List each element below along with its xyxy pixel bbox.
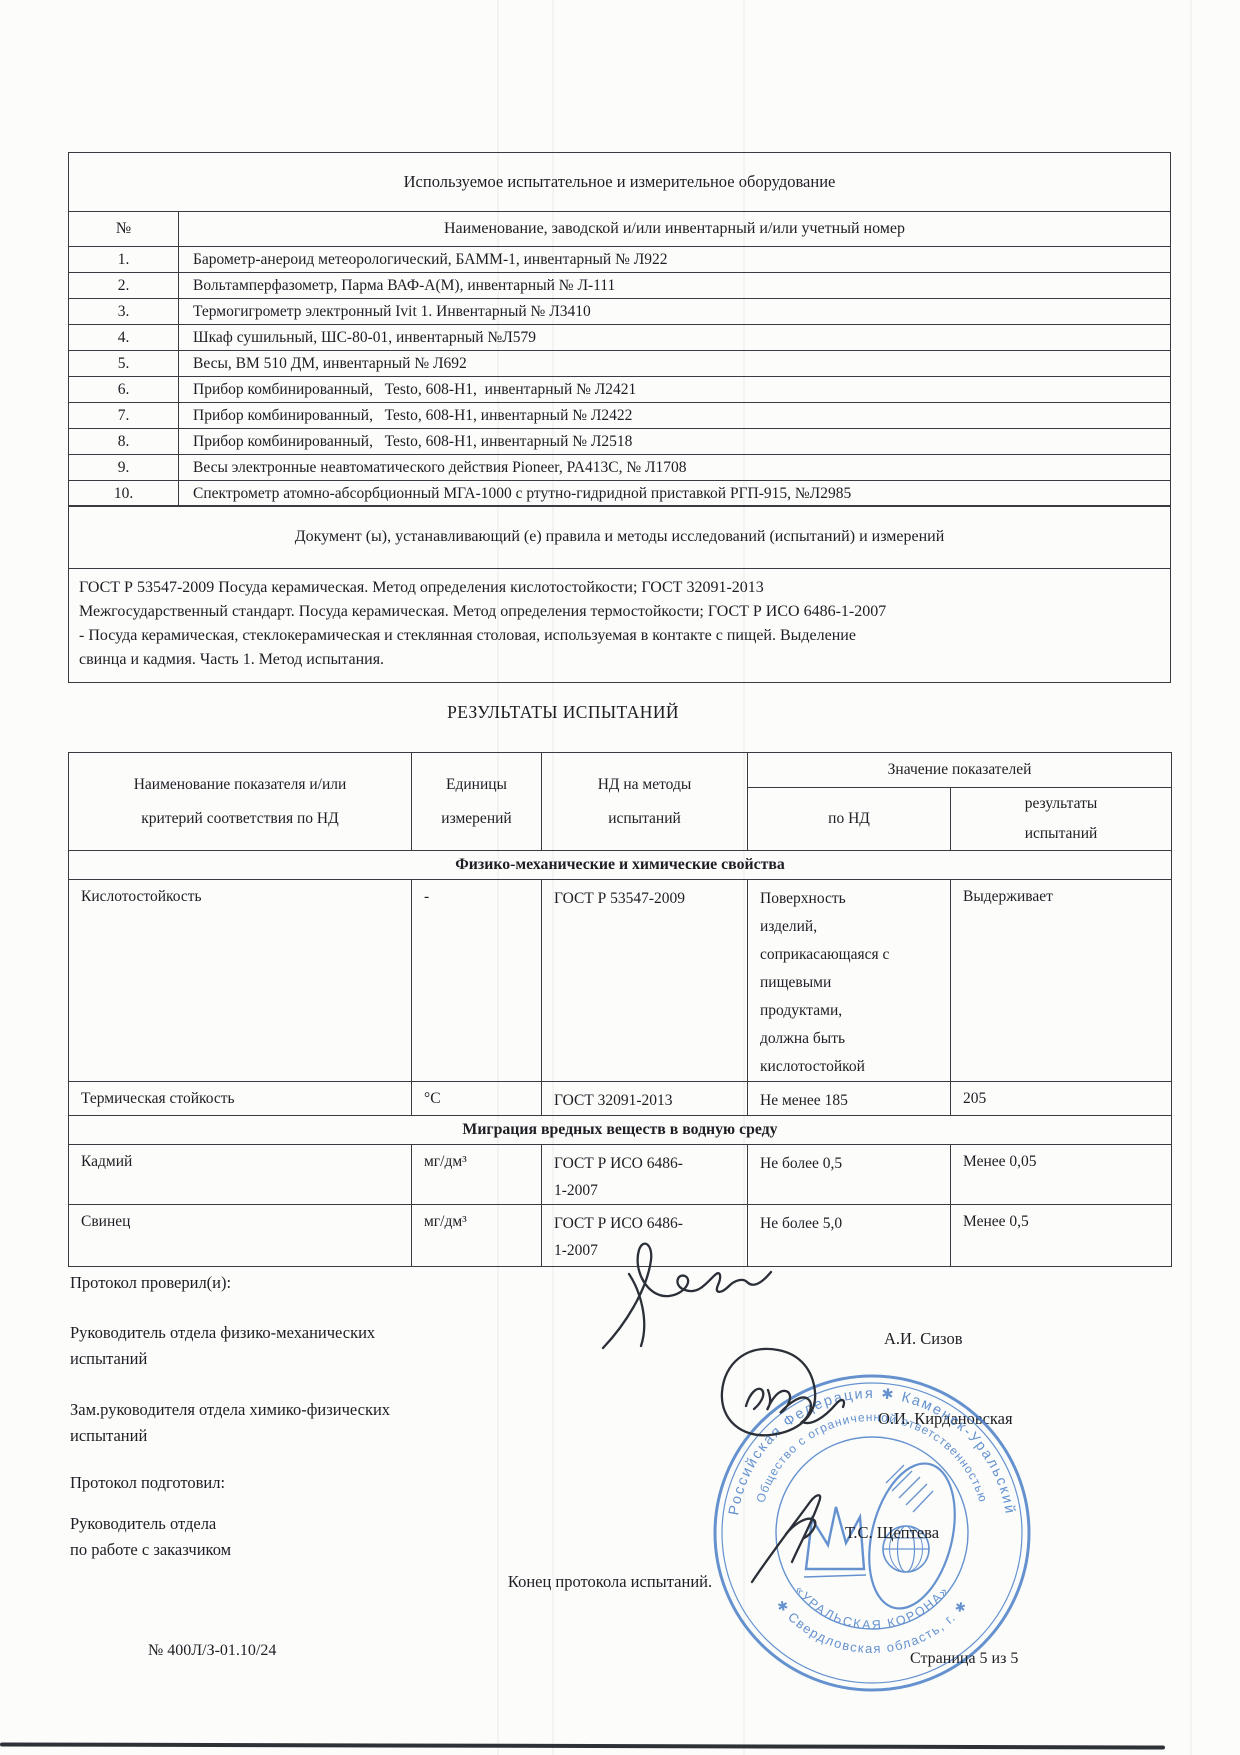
cell-line: Не более 0,5 xyxy=(760,1150,942,1178)
result-value: Менее 0,5 xyxy=(951,1205,1172,1267)
result-value: 205 xyxy=(951,1082,1172,1116)
cell-line: должна быть xyxy=(760,1025,942,1053)
results-section-title: Физико-механические и химические свойств… xyxy=(69,851,1172,880)
header-line: критерий соответствия по НД xyxy=(70,802,410,836)
header-line: измерений xyxy=(413,802,540,836)
cell-line: изделий, xyxy=(760,913,942,941)
role-line: Зам.руководителя отдела химико-физически… xyxy=(70,1397,470,1423)
cell-line: ГОСТ 32091-2013 xyxy=(554,1087,739,1114)
role-line: Руководитель отдела физико-механических xyxy=(70,1320,470,1346)
signature-sizov xyxy=(595,1230,810,1355)
cell-line: 1-2007 xyxy=(554,1177,739,1204)
scan-bottom-edge xyxy=(0,1742,1165,1749)
equipment-row-name: Весы, ВМ 510 ДМ, инвентарный № Л692 xyxy=(179,351,1171,377)
result-by-nd: Не менее 185 xyxy=(748,1082,951,1116)
methods-documents-table: Документ (ы), устанавливающий (е) правил… xyxy=(68,505,1171,683)
equipment-row-number: 8. xyxy=(69,429,179,455)
table-row: 2.Вольтамперфазометр, Парма ВАФ-А(М), ин… xyxy=(69,273,1171,299)
results-section-row: Физико-механические и химические свойств… xyxy=(69,851,1172,880)
equipment-row-number: 7. xyxy=(69,403,179,429)
scanned-protocol-page: Используемое испытательное и измерительн… xyxy=(0,0,1240,1755)
result-nd-method: ГОСТ 32091-2013 xyxy=(542,1082,748,1116)
protocol-number: № 400Л/З-01.10/24 xyxy=(148,1642,276,1660)
page-number: Страница 5 из 5 xyxy=(910,1650,1018,1668)
equipment-row-number: 1. xyxy=(69,247,179,273)
cell-line: Не менее 185 xyxy=(760,1087,942,1115)
equipment-row-number: 2. xyxy=(69,273,179,299)
results-col-result-header: результаты испытаний xyxy=(951,788,1172,851)
result-by-nd: Не более 0,5 xyxy=(748,1145,951,1205)
header-line: НД на методы xyxy=(543,768,746,802)
approver-role: Зам.руководителя отдела химико-физически… xyxy=(70,1397,470,1449)
methods-body-line: свинца и кадмия. Часть 1. Метод испытани… xyxy=(79,648,1156,672)
results-section-row: Миграция вредных веществ в водную среду xyxy=(69,1116,1172,1145)
preparer-name: Т.С. Щептева xyxy=(845,1520,939,1546)
equipment-row-name: Вольтамперфазометр, Парма ВАФ-А(М), инве… xyxy=(179,273,1171,299)
role-line: испытаний xyxy=(70,1346,470,1372)
equipment-row-name: Прибор комбинированный, Testo, 608-H1, и… xyxy=(179,377,1171,403)
equipment-row-number: 6. xyxy=(69,377,179,403)
cell-line: Поверхность xyxy=(760,885,942,913)
header-line: испытаний xyxy=(543,802,746,836)
result-value: Менее 0,05 xyxy=(951,1145,1172,1205)
header-line: испытаний xyxy=(952,819,1170,849)
equipment-table-title: Используемое испытательное и измерительн… xyxy=(69,153,1171,212)
result-by-nd: Поверхность изделий, соприкасающаяся с п… xyxy=(748,880,951,1082)
header-line: Единицы xyxy=(413,768,540,802)
equipment-row-name: Прибор комбинированный, Testo, 608-H1, и… xyxy=(179,429,1171,455)
results-table: Наименование показателя и/или критерий с… xyxy=(68,752,1172,1267)
equipment-col-name-header: Наименование, заводской и/или инвентарны… xyxy=(179,212,1171,247)
methods-body-line: Межгосударственный стандарт. Посуда кера… xyxy=(79,600,1156,624)
approver-name: А.И. Сизов xyxy=(884,1326,963,1352)
results-header-row: Наименование показателя и/или критерий с… xyxy=(69,753,1172,788)
cell-line: ГОСТ Р ИСО 6486- xyxy=(554,1150,739,1177)
result-units: мг/дм³ xyxy=(412,1205,542,1267)
methods-body-line: ГОСТ Р 53547-2009 Посуда керамическая. М… xyxy=(79,576,1156,600)
table-row: 10.Спектрометр атомно-абсорбционный МГА-… xyxy=(69,481,1171,507)
equipment-row-number: 5. xyxy=(69,351,179,377)
protocol-checked-label: Протокол проверил(и): xyxy=(70,1270,231,1296)
header-line: результаты xyxy=(952,789,1170,819)
equipment-row-number: 4. xyxy=(69,325,179,351)
role-line: Руководитель отдела xyxy=(70,1511,470,1537)
result-name: Свинец xyxy=(69,1205,412,1267)
result-units: мг/дм³ xyxy=(412,1145,542,1205)
cell-line: пищевыми xyxy=(760,969,942,997)
results-value-group-header: Значение показателей xyxy=(748,753,1172,788)
methods-body-line: - Посуда керамическая, стеклокерамическа… xyxy=(79,624,1156,648)
equipment-row-number: 9. xyxy=(69,455,179,481)
results-col-nd-methods-header: НД на методы испытаний xyxy=(542,753,748,851)
preparer-role: Руководитель отдела по работе с заказчик… xyxy=(70,1511,470,1563)
result-units: - xyxy=(412,880,542,1082)
table-row: Кислотостойкость - ГОСТ Р 53547-2009 Пов… xyxy=(69,880,1172,1082)
signature-kirdanovskaya xyxy=(716,1342,856,1442)
approver-role: Руководитель отдела физико-механических … xyxy=(70,1320,470,1372)
result-nd-method: ГОСТ Р ИСО 6486- 1-2007 xyxy=(542,1145,748,1205)
result-name: Кислотостойкость xyxy=(69,880,412,1082)
stamp-inner-bottom-text: «УРАЛЬСКАЯ КОРОНА» xyxy=(792,1583,951,1632)
methods-title: Документ (ы), устанавливающий (е) правил… xyxy=(69,506,1171,569)
equipment-row-number: 3. xyxy=(69,299,179,325)
cell-line: кислотостойкой xyxy=(760,1053,942,1081)
result-name: Термическая стойкость xyxy=(69,1082,412,1116)
methods-body: ГОСТ Р 53547-2009 Посуда керамическая. М… xyxy=(69,569,1171,683)
role-line: испытаний xyxy=(70,1423,470,1449)
results-heading: РЕЗУЛЬТАТЫ ИСПЫТАНИЙ xyxy=(68,702,1058,723)
equipment-header-row: № Наименование, заводской и/или инвентар… xyxy=(69,212,1171,247)
result-name: Кадмий xyxy=(69,1145,412,1205)
scan-fold-line xyxy=(1190,0,1192,1755)
protocol-prepared-label: Протокол подготовил: xyxy=(70,1470,225,1496)
cell-line: соприкасающаяся с xyxy=(760,941,942,969)
equipment-col-num-header: № xyxy=(69,212,179,247)
equipment-table: Используемое испытательное и измерительн… xyxy=(68,152,1171,507)
table-row: 1.Барометр-анероид метеорологический, БА… xyxy=(69,247,1171,273)
results-section-title: Миграция вредных веществ в водную среду xyxy=(69,1116,1172,1145)
result-units: °С xyxy=(412,1082,542,1116)
table-row: Термическая стойкость °С ГОСТ 32091-2013… xyxy=(69,1082,1172,1116)
header-line: Наименование показателя и/или xyxy=(70,768,410,802)
table-row: 6.Прибор комбинированный, Testo, 608-H1,… xyxy=(69,377,1171,403)
role-line: по работе с заказчиком xyxy=(70,1537,470,1563)
results-col-by-nd-header: по НД xyxy=(748,788,951,851)
emblem-hatching xyxy=(886,1465,933,1512)
equipment-row-name: Барометр-анероид метеорологический, БАММ… xyxy=(179,247,1171,273)
result-nd-method: ГОСТ Р 53547-2009 xyxy=(542,880,748,1082)
table-row: 7.Прибор комбинированный, Testo, 608-H1,… xyxy=(69,403,1171,429)
cell-line: продуктами, xyxy=(760,997,942,1025)
results-col-units-header: Единицы измерений xyxy=(412,753,542,851)
signature-shchepteva xyxy=(742,1482,852,1587)
equipment-row-name: Весы электронные неавтоматического дейст… xyxy=(179,455,1171,481)
results-col-name-header: Наименование показателя и/или критерий с… xyxy=(69,753,412,851)
table-row: 3.Термогигрометр электронный Ivit 1. Инв… xyxy=(69,299,1171,325)
equipment-row-name: Шкаф сушильный, ШС-80-01, инвентарный №Л… xyxy=(179,325,1171,351)
table-row: 9.Весы электронные неавтоматического дей… xyxy=(69,455,1171,481)
equipment-row-number: 10. xyxy=(69,481,179,507)
table-row: Кадмий мг/дм³ ГОСТ Р ИСО 6486- 1-2007 Не… xyxy=(69,1145,1172,1205)
table-row: 4.Шкаф сушильный, ШС-80-01, инвентарный … xyxy=(69,325,1171,351)
result-value: Выдерживает xyxy=(951,880,1172,1082)
table-row: 8.Прибор комбинированный, Testo, 608-H1,… xyxy=(69,429,1171,455)
table-row: 5.Весы, ВМ 510 ДМ, инвентарный № Л692 xyxy=(69,351,1171,377)
equipment-row-name: Прибор комбинированный, Testo, 608-H1, и… xyxy=(179,403,1171,429)
equipment-row-name: Термогигрометр электронный Ivit 1. Инвен… xyxy=(179,299,1171,325)
cell-line: ГОСТ Р 53547-2009 xyxy=(554,885,739,912)
equipment-row-name: Спектрометр атомно-абсорбционный МГА-100… xyxy=(179,481,1171,507)
